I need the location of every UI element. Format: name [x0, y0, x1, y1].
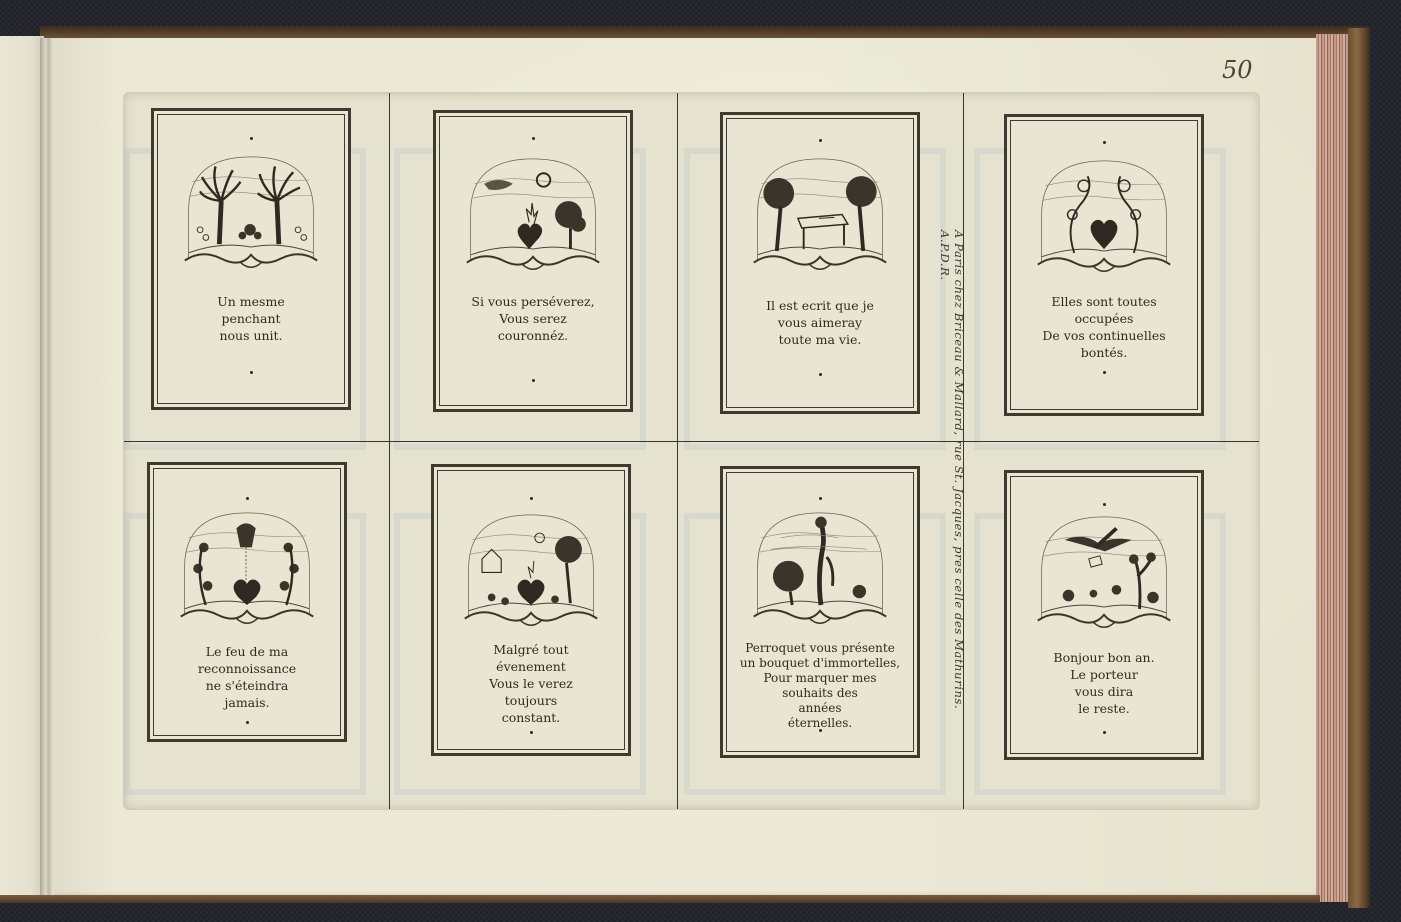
book-bottom-edge: [0, 895, 1320, 903]
flaming-heart-engraving: [462, 155, 604, 275]
caption-line: jamais.: [158, 694, 336, 711]
emblem-card-bird-letter: Bonjour bon an. Le porteur vous dira le …: [1004, 470, 1204, 760]
emblem-card-table-book: Il est ecrit que je vous aimeray toute m…: [720, 112, 920, 414]
caption-line: constant.: [442, 709, 620, 726]
folio-number: 50: [1222, 56, 1253, 84]
caption-line: le reste.: [1015, 700, 1193, 717]
caption-line: reconnoissance: [158, 660, 336, 677]
caption-line: couronnéz.: [444, 327, 622, 344]
emblem-card-heart-landscape: Malgré tout évenement Vous le verez touj…: [431, 464, 631, 756]
left-page-edge: [0, 36, 44, 898]
emblem-card-flaming-heart-crown: Si vous perséverez, Vous serez couronnéz…: [433, 110, 633, 412]
register-dot: [246, 497, 249, 500]
caption-line: Vous le verez: [442, 675, 620, 692]
plate-divider-vertical: [677, 93, 678, 809]
caption-line: souhaits des: [731, 686, 909, 701]
publisher-imprint: A Paris chez Briceau & Mallard, rue St. …: [942, 230, 966, 710]
caption-line: Le porteur: [1015, 666, 1193, 683]
register-dot: [532, 137, 535, 140]
emblem-caption: Perroquet vous présente un bouquet d'imm…: [731, 641, 909, 731]
register-dot: [1103, 371, 1106, 374]
caption-line: évenement: [442, 658, 620, 675]
caption-line: Si vous perséverez,: [444, 293, 622, 310]
register-dot: [1103, 141, 1106, 144]
caption-line: Un mesme: [162, 293, 340, 310]
heart-vines-engraving: [1033, 157, 1175, 277]
caption-line: vous dira: [1015, 683, 1193, 700]
caption-line: Il est ecrit que je: [731, 297, 909, 314]
caption-line: Elles sont toutes: [1015, 293, 1193, 310]
book-cover-top-edge: [40, 26, 1370, 38]
emblem-caption: Un mesme penchant nous unit.: [162, 293, 340, 344]
emblem-caption: Il est ecrit que je vous aimeray toute m…: [731, 297, 909, 348]
register-dot: [819, 373, 822, 376]
leather-cover-edge: [1348, 28, 1370, 908]
caption-line: Perroquet vous présente: [731, 641, 909, 656]
caption-line: années: [731, 701, 909, 716]
emblem-card-heart-vines: Elles sont toutes occupées De vos contin…: [1004, 114, 1204, 416]
table-book-engraving: [749, 155, 891, 275]
caption-line: De vos continuelles: [1015, 327, 1193, 344]
caption-line: Pour marquer mes: [731, 671, 909, 686]
register-dot: [530, 497, 533, 500]
caption-line: penchant: [162, 310, 340, 327]
register-dot: [1103, 503, 1106, 506]
emblem-card-palms: Un mesme penchant nous unit.: [151, 108, 351, 410]
page-fore-edge: [1316, 34, 1350, 902]
caption-line: Malgré tout: [442, 641, 620, 658]
emblem-caption: Malgré tout évenement Vous le verez touj…: [442, 641, 620, 726]
caption-line: toute ma vie.: [731, 331, 909, 348]
vase-heart-engraving: [176, 509, 318, 629]
bird-letter-engraving: [1033, 513, 1175, 633]
register-dot: [532, 379, 535, 382]
emblem-caption: Bonjour bon an. Le porteur vous dira le …: [1015, 649, 1193, 717]
plate-divider-vertical: [389, 93, 390, 809]
caption-line: vous aimeray: [731, 314, 909, 331]
register-dot: [1103, 731, 1106, 734]
emblem-card-parrot-tree: Perroquet vous présente un bouquet d'imm…: [720, 466, 920, 758]
caption-line: occupées: [1015, 310, 1193, 327]
caption-line: Bonjour bon an.: [1015, 649, 1193, 666]
register-dot: [250, 137, 253, 140]
register-dot: [250, 371, 253, 374]
register-dot: [819, 497, 822, 500]
caption-line: nous unit.: [162, 327, 340, 344]
book-gutter: [40, 38, 54, 898]
caption-line: Le feu de ma: [158, 643, 336, 660]
caption-line: toujours: [442, 692, 620, 709]
register-dot: [819, 139, 822, 142]
emblem-card-vase-heart: Le feu de ma reconnoissance ne s'éteindr…: [147, 462, 347, 742]
register-dot: [819, 729, 822, 732]
parrot-tree-engraving: [749, 509, 891, 629]
plate-divider-horizontal: [124, 441, 1259, 442]
emblem-caption: Le feu de ma reconnoissance ne s'éteindr…: [158, 643, 336, 711]
emblem-caption: Elles sont toutes occupées De vos contin…: [1015, 293, 1193, 361]
caption-line: bontés.: [1015, 344, 1193, 361]
register-dot: [246, 721, 249, 724]
emblem-caption: Si vous perséverez, Vous serez couronnéz…: [444, 293, 622, 344]
heart-landscape-engraving: [460, 511, 602, 631]
register-dot: [530, 731, 533, 734]
palm-trees-engraving: [180, 153, 322, 273]
caption-line: un bouquet d'immortelles,: [731, 656, 909, 671]
caption-line: ne s'éteindra: [158, 677, 336, 694]
caption-line: Vous serez: [444, 310, 622, 327]
